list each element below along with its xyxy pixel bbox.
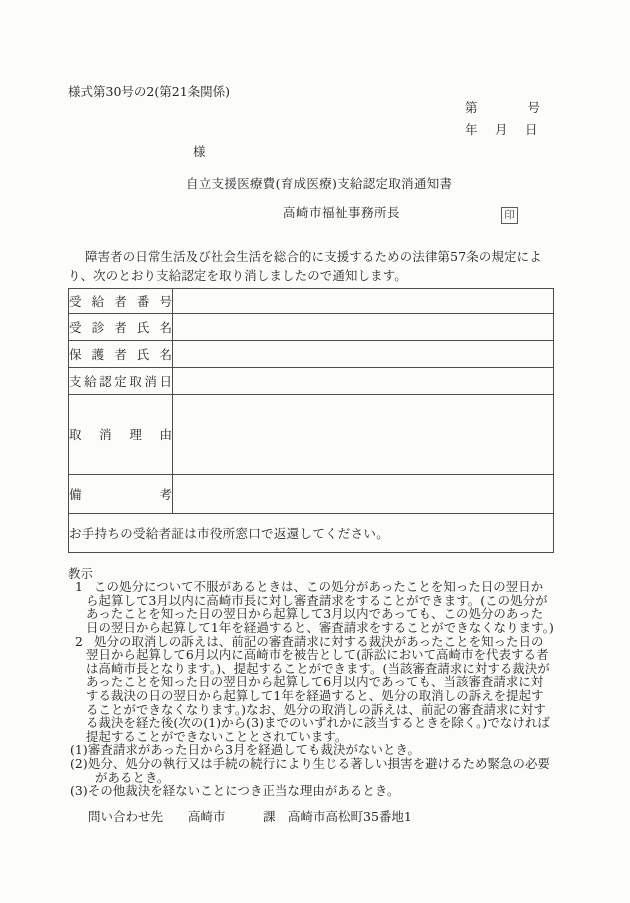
intro-paragraph: 障害者の日常生活及び社会生活を総合的に支援するための法律第57条の規定により、次… xyxy=(68,248,554,286)
item-text: 処分の取消しの訴えは、前記の審査請求に対する裁決があったことを知った日の翌日から… xyxy=(86,634,550,744)
document-page: 様式第30号の2(第21条関係) 第 号 年 月 日 様 自立支援医療費(育成医… xyxy=(0,0,630,903)
recipient-table: 受給者番号 受診者氏名 保護者氏名 支給認定取消日 取消理由 備考 xyxy=(68,288,554,553)
contact-line: 問い合わせ先 高崎市 課 高崎市高松町35番地1 xyxy=(88,809,554,824)
addressee-suffix: 様 xyxy=(193,144,554,159)
row-label-recipient-number: 受給者番号 xyxy=(69,288,173,313)
table-note-row: お手持ちの受給者証は市役所窓口で返還してください。 xyxy=(69,513,554,552)
table-row: 受給者番号 xyxy=(69,288,554,313)
table-row: 取消理由 xyxy=(69,394,554,474)
item-number: 2 xyxy=(75,634,83,649)
item-number: 1 xyxy=(75,579,83,594)
document-title: 自立支援医療費(育成医療)支給認定取消通知書 xyxy=(186,176,554,192)
row-label-cancellation-date: 支給認定取消日 xyxy=(69,367,173,394)
form-number: 様式第30号の2(第21条関係) xyxy=(68,84,554,99)
issue-date: 年 月 日 xyxy=(68,122,540,137)
row-label-guardian-name: 保護者氏名 xyxy=(69,340,173,367)
issuer-name: 高崎市福祉事務所長 xyxy=(283,205,400,220)
instruction-subitem-2: (2)処分、処分の執行又は手続の続行により生じる著しい損害を避けるため緊急の必要… xyxy=(70,757,554,784)
row-value-recipient-number xyxy=(173,288,554,313)
table-row: 備考 xyxy=(69,474,554,513)
instruction-subitem-1: (1)審査請求があった日から3月を経過しても裁決がないとき。 xyxy=(70,743,554,757)
row-value-patient-name xyxy=(173,313,554,340)
instruction-item-1: 1この処分について不服があるときは、この処分があったことを知った日の翌日から起算… xyxy=(75,580,554,634)
issuer-line: 高崎市福祉事務所長 印 xyxy=(68,205,554,220)
document-number: 第 号 xyxy=(68,100,540,115)
table-note: お手持ちの受給者証は市役所窓口で返還してください。 xyxy=(69,513,554,552)
seal-stamp: 印 xyxy=(501,207,518,224)
table-row: 保護者氏名 xyxy=(69,340,554,367)
instructions-section: 教示 1この処分について不服があるときは、この処分があったことを知った日の翌日か… xyxy=(68,567,554,798)
row-label-cancellation-reason: 取消理由 xyxy=(69,394,173,474)
row-label-patient-name: 受診者氏名 xyxy=(69,313,173,340)
row-value-cancellation-reason xyxy=(173,394,554,474)
instruction-item-2: 2処分の取消しの訴えは、前記の審査請求に対する裁決があったことを知った日の翌日か… xyxy=(75,635,554,744)
row-value-guardian-name xyxy=(173,340,554,367)
row-value-remarks xyxy=(173,474,554,513)
table-row: 受診者氏名 xyxy=(69,313,554,340)
instructions-heading: 教示 xyxy=(68,567,554,581)
row-label-remarks: 備考 xyxy=(69,474,173,513)
table-row: 支給認定取消日 xyxy=(69,367,554,394)
item-text: この処分について不服があるときは、この処分があったことを知った日の翌日から起算し… xyxy=(86,579,554,635)
instruction-subitem-3: (3)その他裁決を経ないことにつき正当な理由があるとき。 xyxy=(70,784,554,798)
row-value-cancellation-date xyxy=(173,367,554,394)
